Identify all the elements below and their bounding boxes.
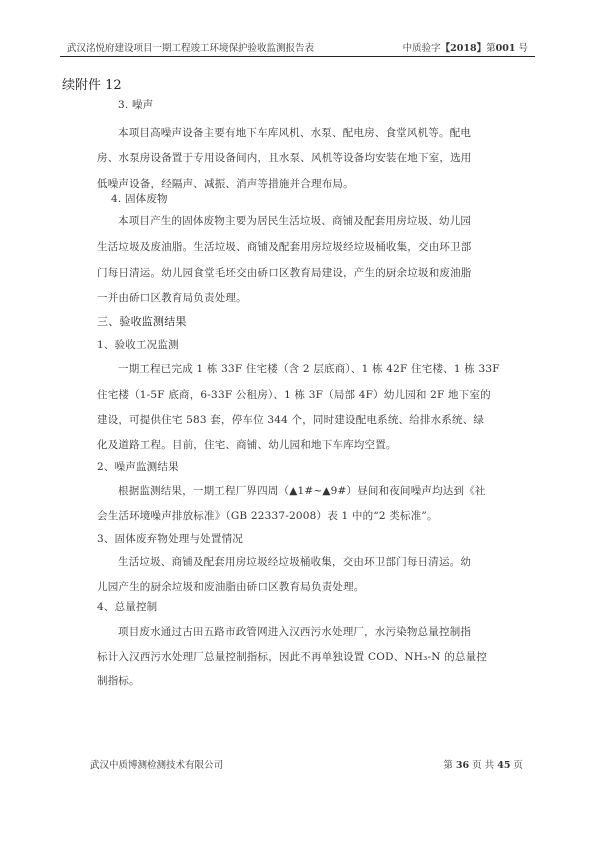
- paragraph-line: 化及道路工程。目前，住宅、商铺、幼儿园和地下车库均空置。: [97, 437, 397, 452]
- paragraph-line: 制指标。: [97, 673, 140, 688]
- paragraph-line: 房、水泵房设备置于专用设备间内，且水泵、风机等设备均安装在地下室，选用: [97, 150, 472, 165]
- header-rule: [60, 56, 535, 57]
- section-heading-total-control: 4、总量控制: [97, 599, 157, 614]
- paragraph-line: 生活垃圾及废油脂。生活垃圾、商铺及配套用房垃圾经垃圾桶收集，交由环卫部: [97, 239, 472, 254]
- section-heading-results: 三、验收监测结果: [97, 313, 187, 329]
- paragraph-line: 一期工程已完成 1 栋 33F 住宅楼（含 2 层底商）、1 栋 42F 住宅楼…: [118, 361, 500, 376]
- report-number: 中质验字【2018】第001 号: [403, 40, 528, 54]
- report-number-suffix: 号: [518, 43, 528, 54]
- paragraph-line: 本项目高噪声设备主要有地下车库风机、水泵、配电房、食堂风机等。配电: [118, 125, 471, 140]
- paragraph-line: 住宅楼（1-5F 底商，6-33F 公租房）、1 栋 3F（局部 4F）幼儿园和…: [97, 387, 491, 402]
- report-title: 武汉洺悦府建设项目一期工程竣工环境保护验收监测报告表: [67, 40, 314, 54]
- page-prefix: 第: [443, 760, 453, 771]
- report-year: 【2018】: [441, 43, 486, 54]
- paragraph-line: 生活垃圾、商铺及配套用房垃圾经垃圾桶收集，交由环卫部门每日清运。幼: [118, 554, 471, 569]
- report-number-prefix: 中质验字: [403, 43, 441, 54]
- annex-title: 续附件 12: [62, 74, 122, 93]
- paragraph-line: 儿园产生的厨余垃圾和废油脂由硚口区教育局负责处理。: [97, 579, 365, 594]
- section-heading-noise: 3. 噪声: [118, 97, 153, 112]
- section-heading-solid-waste: 4. 固体废物: [111, 191, 168, 206]
- footer-page-number: 第 36 页 共 45 页: [443, 757, 523, 771]
- report-number-mid: 第: [486, 43, 496, 54]
- paragraph-line: 本项目产生的固体废物主要为居民生活垃圾、商铺及配套用房垃圾、幼儿园: [118, 213, 471, 228]
- paragraph-line: 项目废水通过古田五路市政管网进入汉西污水处理厂，水污染物总量控制指: [118, 624, 471, 639]
- footer-company: 武汉中质博测检测技术有限公司: [90, 757, 223, 771]
- paragraph-line: 一并由硚口区教育局负责处理。: [97, 290, 247, 305]
- paragraph-line: 门每日清运。幼儿园食堂毛坯交由硚口区教育局建设，产生的厨余垃圾和废油脂: [97, 265, 472, 280]
- paragraph-line: 标计入汉西污水处理厂总量控制指标，因此不再单独设置 COD、NH₃-N 的总量控: [97, 649, 487, 664]
- section-heading-conditions: 1、验收工况监测: [97, 337, 179, 352]
- current-page: 36: [456, 760, 469, 771]
- section-heading-noise-results: 2、噪声监测结果: [97, 459, 179, 474]
- page-mid: 页 共: [472, 760, 494, 771]
- report-serial: 001: [496, 43, 516, 54]
- page-header: 武汉洺悦府建设项目一期工程竣工环境保护验收监测报告表 中质验字【2018】第00…: [60, 40, 535, 56]
- paragraph-line: 会生活环境噪声排放标准》（GB 22337-2008）表 1 中的“2 类标准”…: [97, 508, 438, 523]
- total-pages: 45: [497, 760, 510, 771]
- paragraph-line: 低噪声设备，经隔声、减振、消声等措施并合理布局。: [97, 176, 354, 191]
- section-heading-waste-handling: 3、固体废弃物处理与处置情况: [97, 531, 243, 546]
- page-suffix: 页: [513, 760, 523, 771]
- paragraph-line: 根据监测结果，一期工程厂界四周（▲1#~▲9#）昼间和夜间噪声均达到《社: [118, 483, 486, 498]
- paragraph-line: 建设，可提供住宅 583 套，停车位 344 个，同时建设配电系统、给排水系统、…: [97, 412, 484, 427]
